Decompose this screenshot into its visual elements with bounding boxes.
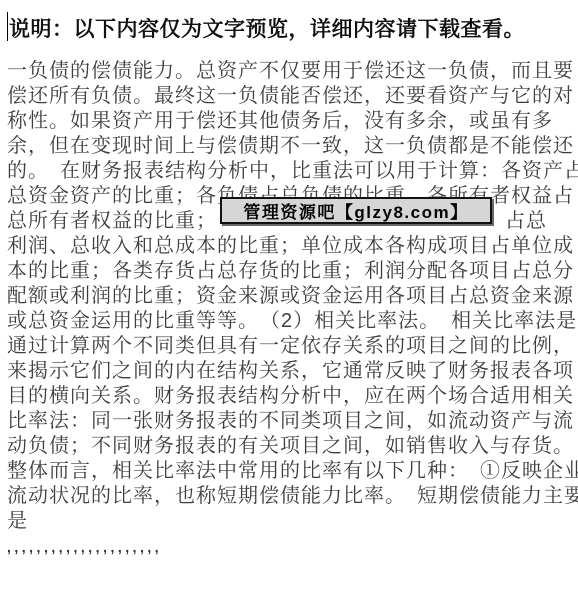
body-line: 流动状况的比率，也称短期偿债能力比率。 短期偿债能力主要 [7,484,578,509]
text-caret [7,12,8,41]
body-line: 比率法：同一张财务报表的不同类项目之间，如流动资产与流 [7,409,578,434]
body-line: 动负债；不同财务报表的有关项目之间，如销售收入与存货。 [7,434,578,459]
truncation-dots: ,,,,,,,,,,,,,,,,,,,,, [7,540,578,554]
body-line: 一负债的偿债能力。总资产不仅要用于偿还这一负债，而且要 [7,59,578,84]
body-line-left-fragment: 总所有者权益的比重； [7,210,217,232]
document-preview-page: 说明：以下内容仅为文字预览，详细内容请下载查看。 一负债的偿债能力。总资产不仅要… [0,0,578,600]
body-line: 来揭示它们之间的内在结构关系，它通常反映了财务报表各项 [7,359,578,384]
body-line: 的。 在财务报表结构分析中，比重法可以用于计算：各资产占 [7,159,578,184]
document-body: 一负债的偿债能力。总资产不仅要用于偿还这一负债，而且要 偿还所有负债。最终这一负… [7,59,578,554]
watermark-badge: 管理资源吧【glzy8.com】 [220,197,492,224]
body-line: 偿还所有负债。最终这一负债能否偿还，还要看资产与它的对 [7,84,578,109]
body-line: 配额或利润的比重；资金来源或资金运用各项目占总资金来源 [7,284,578,309]
body-line: 通过计算两个不同类但具有一定依存关系的项目之间的比例， [7,334,578,359]
preview-notice: 说明：以下内容仅为文字预览，详细内容请下载查看。 [9,13,525,43]
body-line: 或总资金运用的比重等等。 （2）相关比率法。 相关比率法是 [7,309,578,334]
body-line: 余，但在变现时间上与偿债期不一致，这一负债都是不能偿还 [7,134,578,159]
body-line: 称性。如果资产用于偿还其他债务后，没有多余，或虽有多 [7,109,578,134]
body-line-right-fragment: 占总 [505,209,547,234]
body-line: 目的横向关系。财务报表结构分析中，应在两个场合适用相关 [7,384,578,409]
body-line: 利润、总收入和总成本的比重；单位成本各构成项目占单位成 [7,234,578,259]
body-line: 是 [7,509,578,534]
body-line: 本的比重；各类存货占总存货的比重；利润分配各项目占总分 [7,259,578,284]
body-line: 整体而言，相关比率法中常用的比率有以下几种： ①反映企业 [7,459,578,484]
